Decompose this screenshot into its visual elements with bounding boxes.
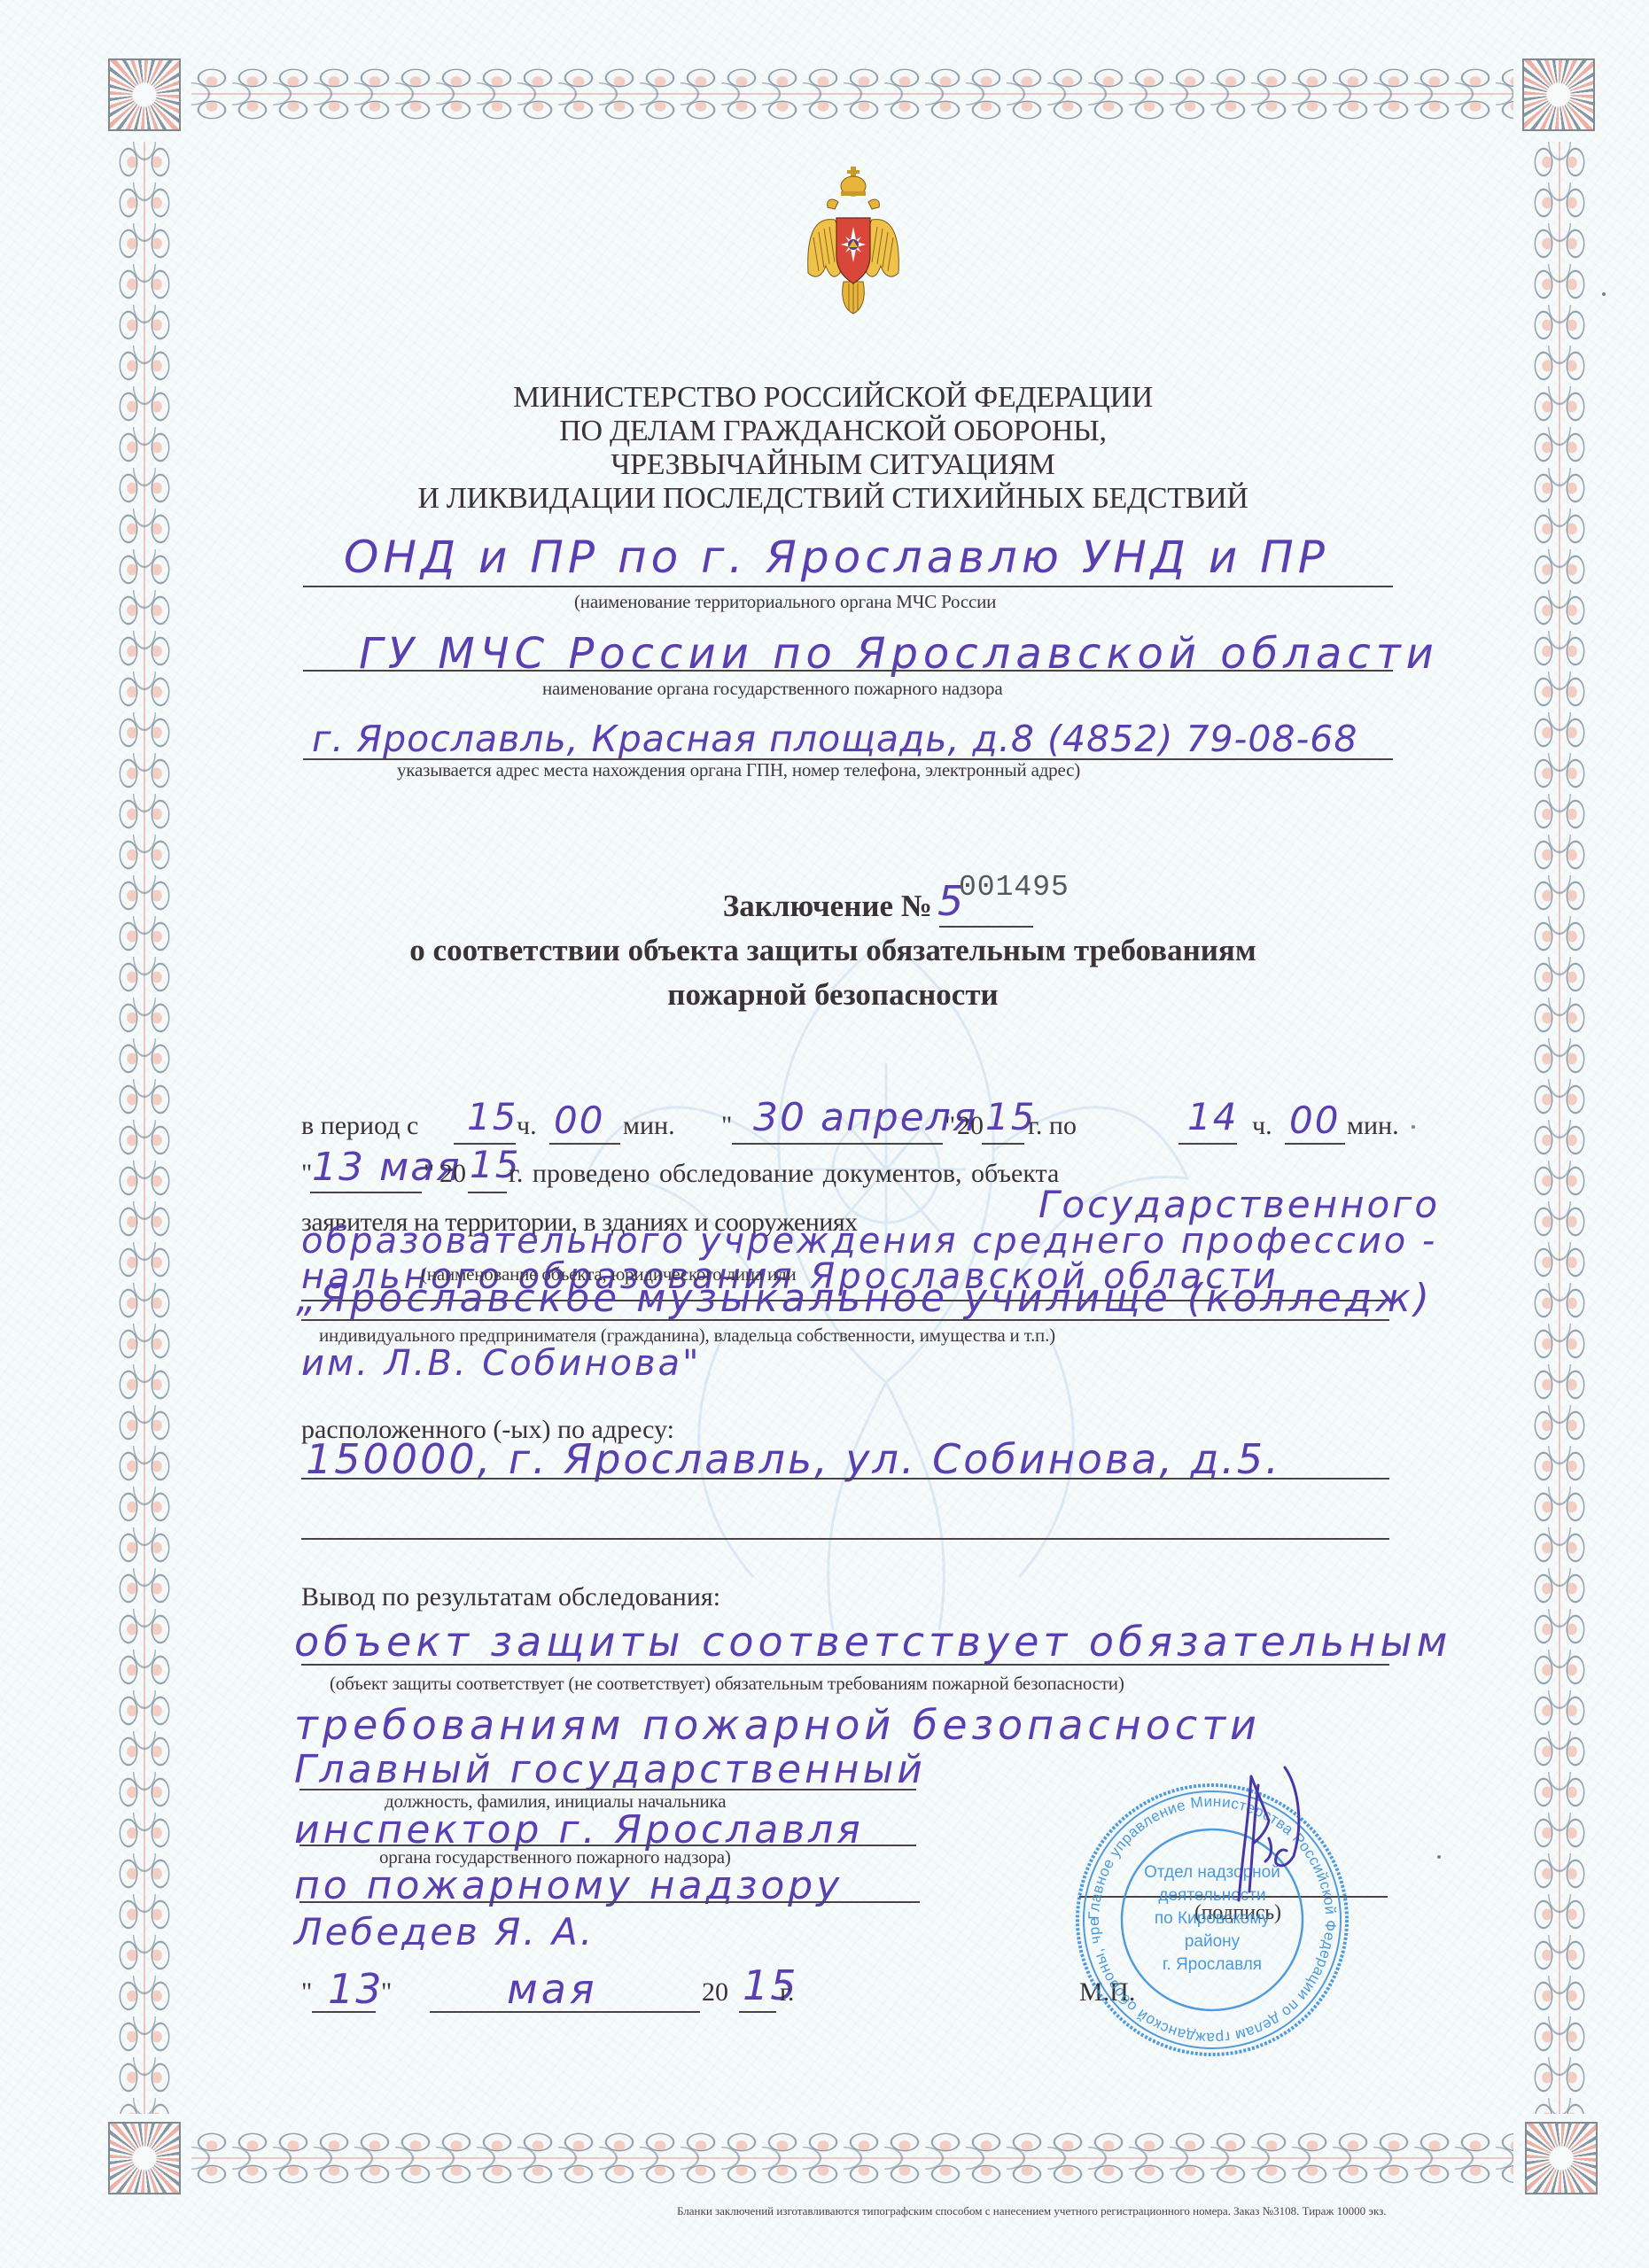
border-corner-rosette-icon <box>108 58 181 131</box>
svg-text:району: району <box>1185 1932 1241 1951</box>
paper-speck <box>1412 1125 1415 1129</box>
minute-label: мин. <box>623 1111 675 1141</box>
minute-label: мин. <box>1347 1111 1399 1141</box>
form-line <box>982 1143 1024 1145</box>
form-line <box>312 2011 376 2013</box>
conducted-text: г. проведено обследование документов, об… <box>509 1159 1059 1189</box>
year-prefix: 20 <box>957 1111 984 1141</box>
quote-open: " <box>301 1977 312 2008</box>
form-line <box>1285 1143 1345 1145</box>
print-run-footer: Бланки заключений изготавливаются типогр… <box>677 2204 1387 2218</box>
address-caption: указывается адрес места нахождения орган… <box>397 759 1080 781</box>
supervision-body-caption: наименование органа государственного пож… <box>542 678 1002 700</box>
end-minute: 00 <box>1289 1099 1340 1142</box>
border-ornament-top <box>191 60 1513 128</box>
year-unit: г. <box>780 1977 794 2008</box>
svg-text:г. Ярославля: г. Ярославля <box>1163 1955 1262 1974</box>
ministry-line: ПО ДЕЛАМ ГРАЖДАНСКОЙ ОБОРОНЫ, <box>266 415 1400 448</box>
result-label: Вывод по результатам обследования: <box>301 1582 720 1612</box>
object-name-line: им. Л.В. Собинова" <box>301 1343 701 1384</box>
period-label: в период с <box>301 1111 418 1141</box>
form-line <box>303 670 1393 672</box>
border-ornament-bottom <box>191 2124 1513 2192</box>
form-line <box>1178 1143 1237 1145</box>
territorial-body-caption: (наименование территориального органа МЧ… <box>574 591 996 613</box>
conclusion-subtitle: о соответствии объекта защиты обязательн… <box>266 933 1400 968</box>
object-name-line: Государственного <box>1038 1183 1440 1226</box>
border-ornament-left <box>111 142 178 2114</box>
border-corner-rosette-icon <box>108 2122 181 2194</box>
conclusion-serial-number: 001495 <box>959 871 1070 904</box>
year-to-label: г. по <box>1028 1111 1077 1141</box>
result-value: требованиям пожарной безопасности <box>294 1701 1261 1749</box>
inspector-signature <box>1223 1759 1320 1909</box>
official-name: Лебедев Я. А. <box>294 1910 595 1953</box>
form-line <box>301 1664 1389 1666</box>
year-prefix: 20 <box>439 1159 466 1189</box>
supervision-address-value: г. Ярославль, Красная площадь, д.8 (4852… <box>312 718 1357 760</box>
form-line <box>301 1478 1389 1480</box>
paper-speck <box>1437 1855 1441 1859</box>
paper-speck <box>1602 292 1606 296</box>
form-line <box>732 1143 943 1145</box>
border-ornament-right <box>1526 142 1593 2114</box>
form-line <box>939 926 1033 928</box>
start-hour: 15 <box>467 1095 517 1138</box>
location-value: 150000, г. Ярославль, ул. Собинова, д.5. <box>306 1435 1281 1483</box>
quote-open: " <box>721 1111 732 1141</box>
official-position-line: Главный государственный <box>294 1747 926 1792</box>
form-line <box>301 1319 1389 1321</box>
signing-day: 13 <box>328 1965 384 2013</box>
emercom-emblem-icon <box>805 167 902 315</box>
form-line <box>299 1901 920 1903</box>
result-value: объект защиты соответствует обязательным <box>294 1618 1451 1666</box>
form-line <box>430 2011 700 2013</box>
ministry-line: МИНИСТЕРСТВО РОССИЙСКОЙ ФЕДЕРАЦИИ <box>266 381 1400 415</box>
year-prefix: 20 <box>702 1977 728 2008</box>
form-line <box>549 1143 620 1145</box>
ministry-header: МИНИСТЕРСТВО РОССИЙСКОЙ ФЕДЕРАЦИИ ПО ДЕЛ… <box>266 381 1400 516</box>
form-line <box>303 586 1393 587</box>
object-name-line: „Ярославское музыкальное училище (коллед… <box>296 1276 1433 1321</box>
result-caption: (объект защиты соответствует (не соответ… <box>330 1673 1124 1695</box>
quote-close: " <box>424 1159 434 1189</box>
hour-label: ч. <box>517 1111 537 1141</box>
form-line <box>301 1538 1389 1540</box>
territorial-body-value: ОНД и ПР по г. Ярославлю УНД и ПР <box>344 532 1329 583</box>
border-corner-rosette-icon <box>1525 2122 1598 2194</box>
signing-month: мая <box>507 1965 598 2013</box>
form-line <box>739 2011 776 2013</box>
hour-label: ч. <box>1252 1111 1272 1141</box>
svg-text:по Кировскому: по Кировскому <box>1155 1909 1271 1928</box>
ministry-line: ЧРЕЗВЫЧАЙНЫМ СИТУАЦИЯМ <box>266 448 1400 482</box>
end-hour: 14 <box>1187 1095 1238 1138</box>
start-minute: 00 <box>554 1099 604 1142</box>
border-corner-rosette-icon <box>1522 58 1595 131</box>
form-line <box>310 1192 422 1193</box>
conclusion-title: Заключение № <box>0 889 932 924</box>
conclusion-subtitle: пожарной безопасности <box>266 977 1400 1013</box>
ministry-line: И ЛИКВИДАЦИИ ПОСЛЕДСТВИЙ СТИХИЙНЫХ БЕДСТ… <box>266 482 1400 516</box>
quote-close: " <box>945 1111 955 1141</box>
quote-open: " <box>301 1159 312 1189</box>
form-line <box>468 1192 507 1193</box>
quote-close: " <box>381 1977 392 2008</box>
